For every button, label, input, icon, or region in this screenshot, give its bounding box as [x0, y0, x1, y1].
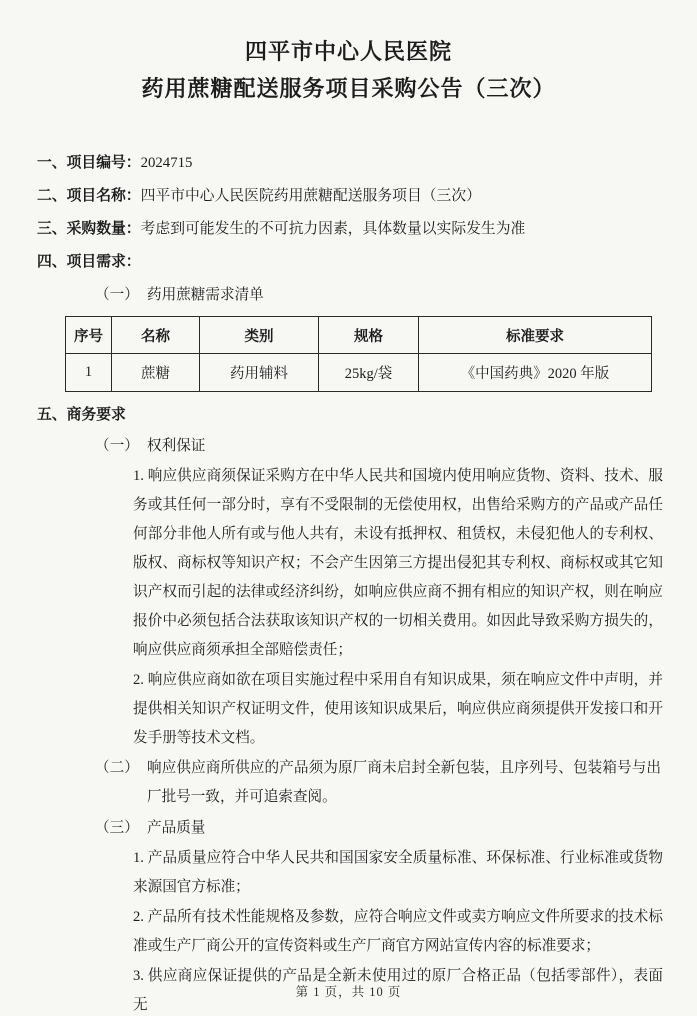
title-line-1: 四平市中心人民医院 [0, 33, 697, 70]
subsection-title: 产品质量 [147, 814, 205, 843]
subsection-rights-guarantee: （一） 权利保证 [37, 432, 661, 461]
item-purchase-quantity: 三、采购数量：考虑到可能发生的不可抗力因素，具体数量以实际发生为准 [37, 213, 661, 246]
subsection-product-quality: （三） 产品质量 [37, 814, 661, 843]
header-spec: 规格 [319, 317, 419, 354]
subsection-number: （三） [95, 814, 147, 843]
table-row: 1 蔗糖 药用辅料 25kg/袋 《中国药典》2020 年版 [66, 354, 652, 392]
item-value: 考虑到可能发生的不可抗力因素，具体数量以实际发生为准 [141, 221, 526, 237]
item-label: 四、项目需求： [37, 254, 141, 270]
subsection-packaging: （二） 响应供应商所供应的产品须为原厂商未启封全新包装，且序列号、包装箱号与出厂… [37, 754, 661, 812]
item-project-number: 一、项目编号：2024715 [37, 147, 661, 180]
header-category: 类别 [200, 317, 319, 354]
subsection-number: （一） [95, 281, 147, 310]
cell-serial: 1 [66, 354, 112, 392]
subsection-number: （二） [95, 754, 147, 812]
title-line-2: 药用蔗糖配送服务项目采购公告（三次） [0, 70, 697, 107]
item-label: 一、项目编号： [37, 155, 141, 171]
paragraph-quality-2: 2. 产品所有技术性能规格及参数，应符合响应文件或卖方响应文件所要求的技术标准或… [133, 903, 663, 961]
cell-spec: 25kg/袋 [319, 354, 419, 392]
document-title: 四平市中心人民医院 药用蔗糖配送服务项目采购公告（三次） [0, 0, 697, 107]
page-footer: 第 1 页，共 10 页 [0, 982, 697, 1000]
paragraph-quality-1: 1. 产品质量应符合中华人民共和国国家安全质量标准、环保标准、行业标准或货物来源… [133, 844, 663, 902]
item-project-requirements: 四、项目需求： [37, 246, 661, 279]
subsection-text: 响应供应商所供应的产品须为原厂商未启封全新包装，且序列号、包装箱号与出厂批号一致… [147, 754, 661, 812]
cell-standard: 《中国药典》2020 年版 [419, 354, 652, 392]
paragraph-rights-1: 1. 响应供应商须保证采购方在中华人民共和国境内使用响应货物、资料、技术、服务或… [133, 462, 663, 665]
header-standard: 标准要求 [419, 317, 652, 354]
item-project-name: 二、项目名称：四平市中心人民医院药用蔗糖配送服务项目（三次） [37, 180, 661, 213]
cell-name: 蔗糖 [112, 354, 200, 392]
item-label: 二、项目名称： [37, 188, 141, 204]
item-value: 四平市中心人民医院药用蔗糖配送服务项目（三次） [141, 188, 481, 204]
item-label: 三、采购数量： [37, 221, 141, 237]
requirements-table: 序号 名称 类别 规格 标准要求 1 蔗糖 药用辅料 25kg/袋 《中国药典》… [65, 316, 652, 392]
document-body: 一、项目编号：2024715 二、项目名称：四平市中心人民医院药用蔗糖配送服务项… [0, 147, 697, 1016]
paragraph-rights-2: 2. 响应供应商如欲在项目实施过程中采用自有知识成果，须在响应文件中声明，并提供… [133, 666, 663, 753]
item-value: 2024715 [141, 155, 193, 171]
subsection-title: 权利保证 [147, 432, 205, 461]
numbered-items: 一、项目编号：2024715 二、项目名称：四平市中心人民医院药用蔗糖配送服务项… [37, 147, 661, 279]
cell-category: 药用辅料 [200, 354, 319, 392]
subsection-title: 药用蔗糖需求清单 [147, 281, 264, 310]
header-serial: 序号 [66, 317, 112, 354]
subsection-demand-list: （一） 药用蔗糖需求清单 [37, 281, 661, 310]
header-name: 名称 [112, 317, 200, 354]
section5-heading: 五、商务要求 [37, 400, 661, 430]
document-page: 四平市中心人民医院 药用蔗糖配送服务项目采购公告（三次） 一、项目编号：2024… [0, 0, 697, 1016]
subsection-number: （一） [95, 432, 147, 461]
table-header-row: 序号 名称 类别 规格 标准要求 [66, 317, 652, 354]
